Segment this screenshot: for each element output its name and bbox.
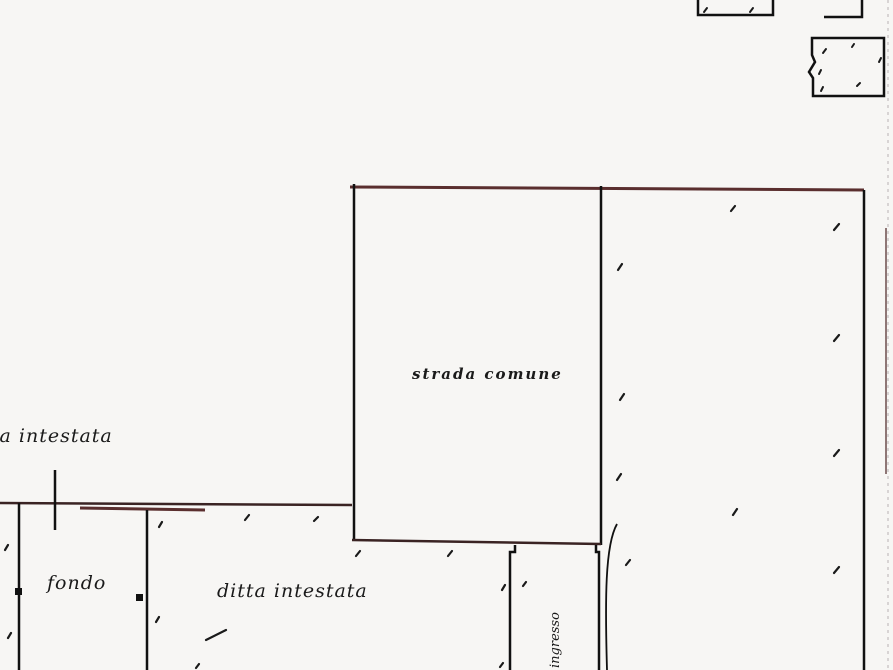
label-ditta-intestata-left: ditta intestata xyxy=(0,425,113,447)
floor-plan xyxy=(0,0,893,670)
walls xyxy=(0,184,864,670)
label-passage: ingresso xyxy=(548,612,563,668)
label-ditta-intestata-center: ditta intestata xyxy=(217,580,368,602)
wall-marker-right xyxy=(136,594,143,601)
top-right-hatch xyxy=(704,8,881,91)
label-strada-comune: strada comune xyxy=(412,365,563,383)
top-right-small-rooms xyxy=(698,0,884,96)
top-boundary-line xyxy=(350,187,864,190)
hatch-marks xyxy=(5,206,839,668)
label-fondo: fondo xyxy=(47,572,106,594)
wall-marker-left xyxy=(15,588,22,595)
